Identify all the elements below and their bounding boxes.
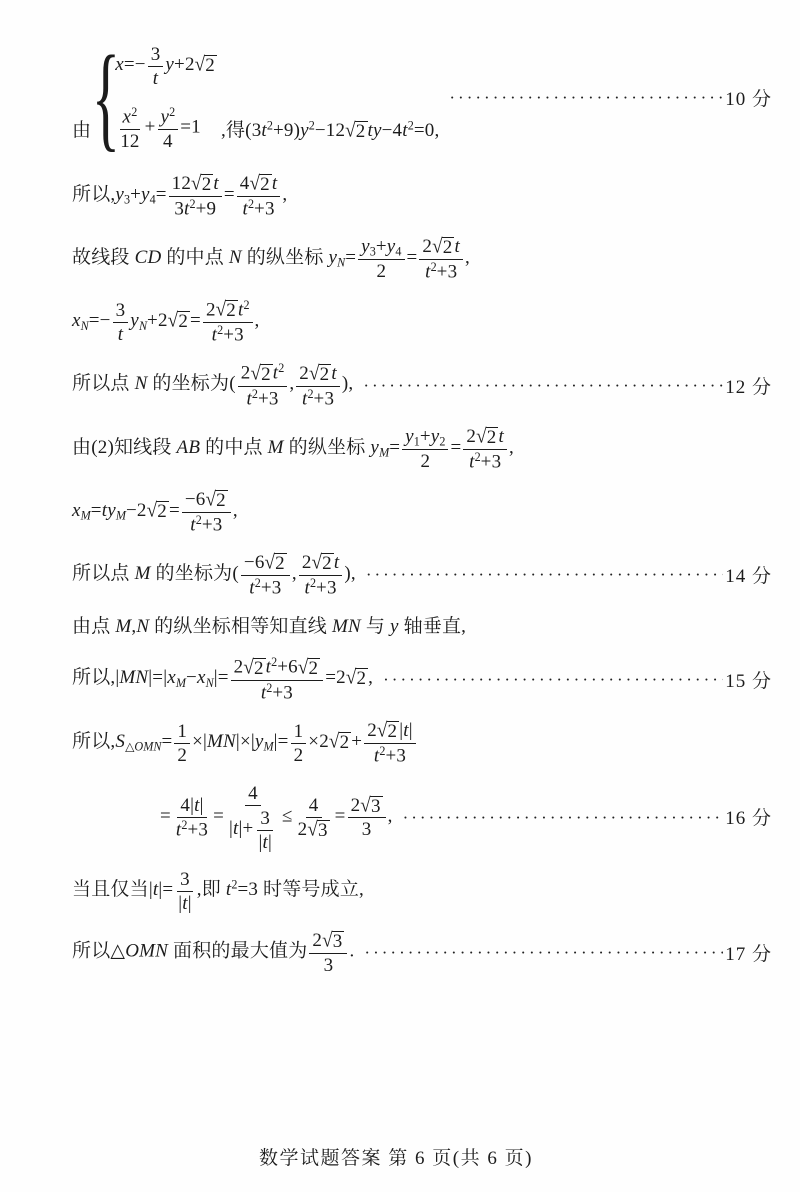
radical-icon: √ (346, 668, 357, 689)
radical-icon: √ (476, 426, 487, 447)
radical-icon: √ (195, 55, 206, 76)
fraction: 12√2t3t2+9 (169, 173, 222, 220)
square-root: √2 (346, 668, 368, 689)
fraction: x212 (117, 106, 142, 152)
square-root: √3 (322, 931, 344, 952)
square-root: √2 (377, 721, 399, 742)
fraction: 2√2tt2+3 (296, 363, 340, 410)
square-root: √2 (476, 427, 498, 448)
square-root: √3 (360, 796, 382, 817)
radical-icon: √ (312, 552, 323, 573)
left-brace-icon: { (100, 38, 113, 156)
square-root: √2 (265, 553, 287, 574)
page-footer: 数学试题答案 第 6 页(共 6 页) (46, 1143, 746, 1192)
fraction: 2√2tt2+3 (463, 426, 507, 473)
score-label: 12 分 (723, 372, 772, 399)
math-line-7: xM=tyM−2√2=−6√2t2+3, (72, 488, 772, 535)
dot-leader: ········································… (439, 88, 723, 108)
formula: 所以△OMN 面积的最大值为2√33. (72, 929, 354, 975)
fraction: 12 (291, 721, 307, 767)
fraction: 4|t|t2+3 (173, 795, 211, 841)
fraction: y24 (158, 106, 179, 152)
formula: 所以点 N 的坐标为(2√2t2t2+3,2√2tt2+3), (72, 361, 353, 409)
formula: xN=−3tyN+2√2=2√2t2t2+3, (72, 298, 260, 346)
document-page: 由{x=−3ty+2√2x212+y24=1,得(3t2+9)y2−12√2ty… (0, 0, 800, 1192)
fraction: 3t (148, 44, 164, 90)
fraction: 4√2tt2+3 (237, 173, 281, 220)
formula: 由(2)知线段 AB 的中点 M 的纵坐标 yM=y1+y22=2√2tt2+3… (72, 425, 514, 472)
solution-lines: 由{x=−3ty+2√2x212+y24=1,得(3t2+9)y2−12√2ty… (72, 30, 772, 983)
radical-icon: √ (243, 657, 254, 678)
math-line-14: 所以△OMN 面积的最大值为2√33.·····················… (72, 929, 772, 975)
fraction: 3t (113, 300, 129, 346)
formula: xM=tyM−2√2=−6√2t2+3, (72, 488, 238, 535)
dot-leader: ········································… (373, 670, 723, 690)
formula: 所以,|MN|=|xM−xN|=2√2t2+6√2t2+3=2√2, (72, 655, 373, 703)
math-line-11: 所以,S△OMN=12×|MN|×|yM|=12×2√2+2√2|t|t2+3 (72, 719, 772, 766)
math-line-2: 所以,y3+y4=12√2t3t2+9=4√2tt2+3, (72, 172, 772, 219)
math-line-5: 所以点 N 的坐标为(2√2t2t2+3,2√2tt2+3),·········… (72, 361, 772, 409)
math-line-12: =4|t|t2+3=4|t|+3|t|≤42√3=2√33,··········… (160, 782, 772, 852)
radical-icon: √ (168, 310, 179, 331)
radical-icon: √ (307, 819, 318, 840)
fraction: 2√2t2t2+3 (203, 299, 253, 347)
fraction: 3|t| (255, 808, 275, 854)
square-root: √3 (307, 820, 329, 841)
dot-leader: ········································… (356, 565, 723, 585)
math-line-8: 所以点 M 的坐标为(−6√2t2+3,2√2tt2+3),··········… (72, 551, 772, 598)
radical-icon: √ (216, 300, 227, 321)
score-label: 17 分 (723, 939, 772, 966)
fraction: −6√2t2+3 (241, 552, 290, 599)
fraction: 2√2t2t2+3 (238, 362, 288, 410)
fraction: 2√2tt2+3 (419, 236, 463, 283)
radical-icon: √ (329, 731, 340, 752)
radical-icon: √ (377, 720, 388, 741)
fraction: 2√2|t|t2+3 (364, 720, 416, 767)
radical-icon: √ (250, 363, 261, 384)
math-line-9: 由点 M,N 的纵坐标相等知直线 MN 与 y 轴垂直, (72, 614, 772, 640)
dot-leader: ········································… (354, 943, 723, 963)
fraction: y1+y22 (402, 426, 448, 472)
formula: 故线段 CD 的中点 N 的纵坐标 yN=y3+y42=2√2tt2+3, (72, 235, 470, 282)
radical-icon: √ (147, 500, 158, 521)
fraction: 42√3 (295, 795, 333, 841)
radical-icon: √ (345, 120, 356, 141)
square-root: √2 (309, 364, 331, 385)
formula: 所以,y3+y4=12√2t3t2+9=4√2tt2+3, (72, 172, 287, 219)
radical-icon: √ (298, 657, 309, 678)
square-root: √2 (329, 732, 351, 753)
square-root: √2 (147, 501, 169, 522)
square-root: √2 (216, 300, 238, 321)
score-label: 14 分 (723, 561, 772, 588)
formula: =4|t|t2+3=4|t|+3|t|≤42√3=2√33, (160, 782, 393, 852)
radical-icon: √ (191, 173, 202, 194)
square-root: √2 (250, 364, 272, 385)
formula: 所以,S△OMN=12×|MN|×|yM|=12×2√2+2√2|t|t2+3 (72, 719, 418, 766)
formula: 所以点 M 的坐标为(−6√2t2+3,2√2tt2+3), (72, 551, 356, 598)
equation-system: {x=−3ty+2√2x212+y24=1 (93, 38, 217, 156)
math-line-13: 当且仅当|t|=3|t|,即 t2=3 时等号成立, (72, 868, 772, 914)
math-line-4: xN=−3tyN+2√2=2√2t2t2+3, (72, 298, 772, 346)
radical-icon: √ (432, 236, 443, 257)
square-root: √2 (345, 121, 367, 142)
square-root: √2 (191, 174, 213, 195)
square-root: √2 (195, 55, 217, 76)
fraction: 4|t|+3|t| (226, 783, 280, 853)
fraction: 2√2t2+6√2t2+3 (231, 656, 324, 704)
fraction: y3+y42 (358, 236, 404, 282)
square-root: √2 (243, 658, 265, 679)
formula: 由{x=−3ty+2√2x212+y24=1,得(3t2+9)y2−12√2ty… (72, 38, 439, 156)
radical-icon: √ (250, 173, 261, 194)
fraction: 3|t| (175, 869, 195, 915)
fraction: −6√2t2+3 (182, 489, 231, 536)
radical-icon: √ (360, 795, 371, 816)
dot-leader: ········································… (353, 376, 723, 396)
score-label: 10 分 (723, 84, 772, 111)
math-line-3: 故线段 CD 的中点 N 的纵坐标 yN=y3+y42=2√2tt2+3, (72, 235, 772, 282)
radical-icon: √ (205, 489, 216, 510)
math-line-6: 由(2)知线段 AB 的中点 M 的纵坐标 yM=y1+y22=2√2tt2+3… (72, 425, 772, 472)
score-label: 15 分 (723, 666, 772, 693)
fraction: 2√33 (309, 930, 347, 976)
square-root: √2 (250, 174, 272, 195)
radical-icon: √ (309, 363, 320, 384)
square-root: √2 (298, 658, 320, 679)
math-line-1: 由{x=−3ty+2√2x212+y24=1,得(3t2+9)y2−12√2ty… (72, 38, 772, 156)
fraction: 12 (174, 721, 190, 767)
square-root: √2 (312, 553, 334, 574)
formula: 当且仅当|t|=3|t|,即 t2=3 时等号成立, (72, 868, 364, 914)
radical-icon: √ (322, 930, 333, 951)
square-root: √2 (432, 237, 454, 258)
formula: 由点 M,N 的纵坐标相等知直线 MN 与 y 轴垂直, (72, 614, 466, 640)
score-label: 16 分 (723, 803, 772, 830)
fraction: 2√33 (348, 795, 386, 841)
fraction: 2√2tt2+3 (299, 552, 343, 599)
dot-leader: ········································… (393, 808, 724, 828)
square-root: √2 (168, 311, 190, 332)
square-root: √2 (205, 490, 227, 511)
radical-icon: √ (265, 552, 276, 573)
math-line-10: 所以,|MN|=|xM−xN|=2√2t2+6√2t2+3=2√2,······… (72, 655, 772, 703)
